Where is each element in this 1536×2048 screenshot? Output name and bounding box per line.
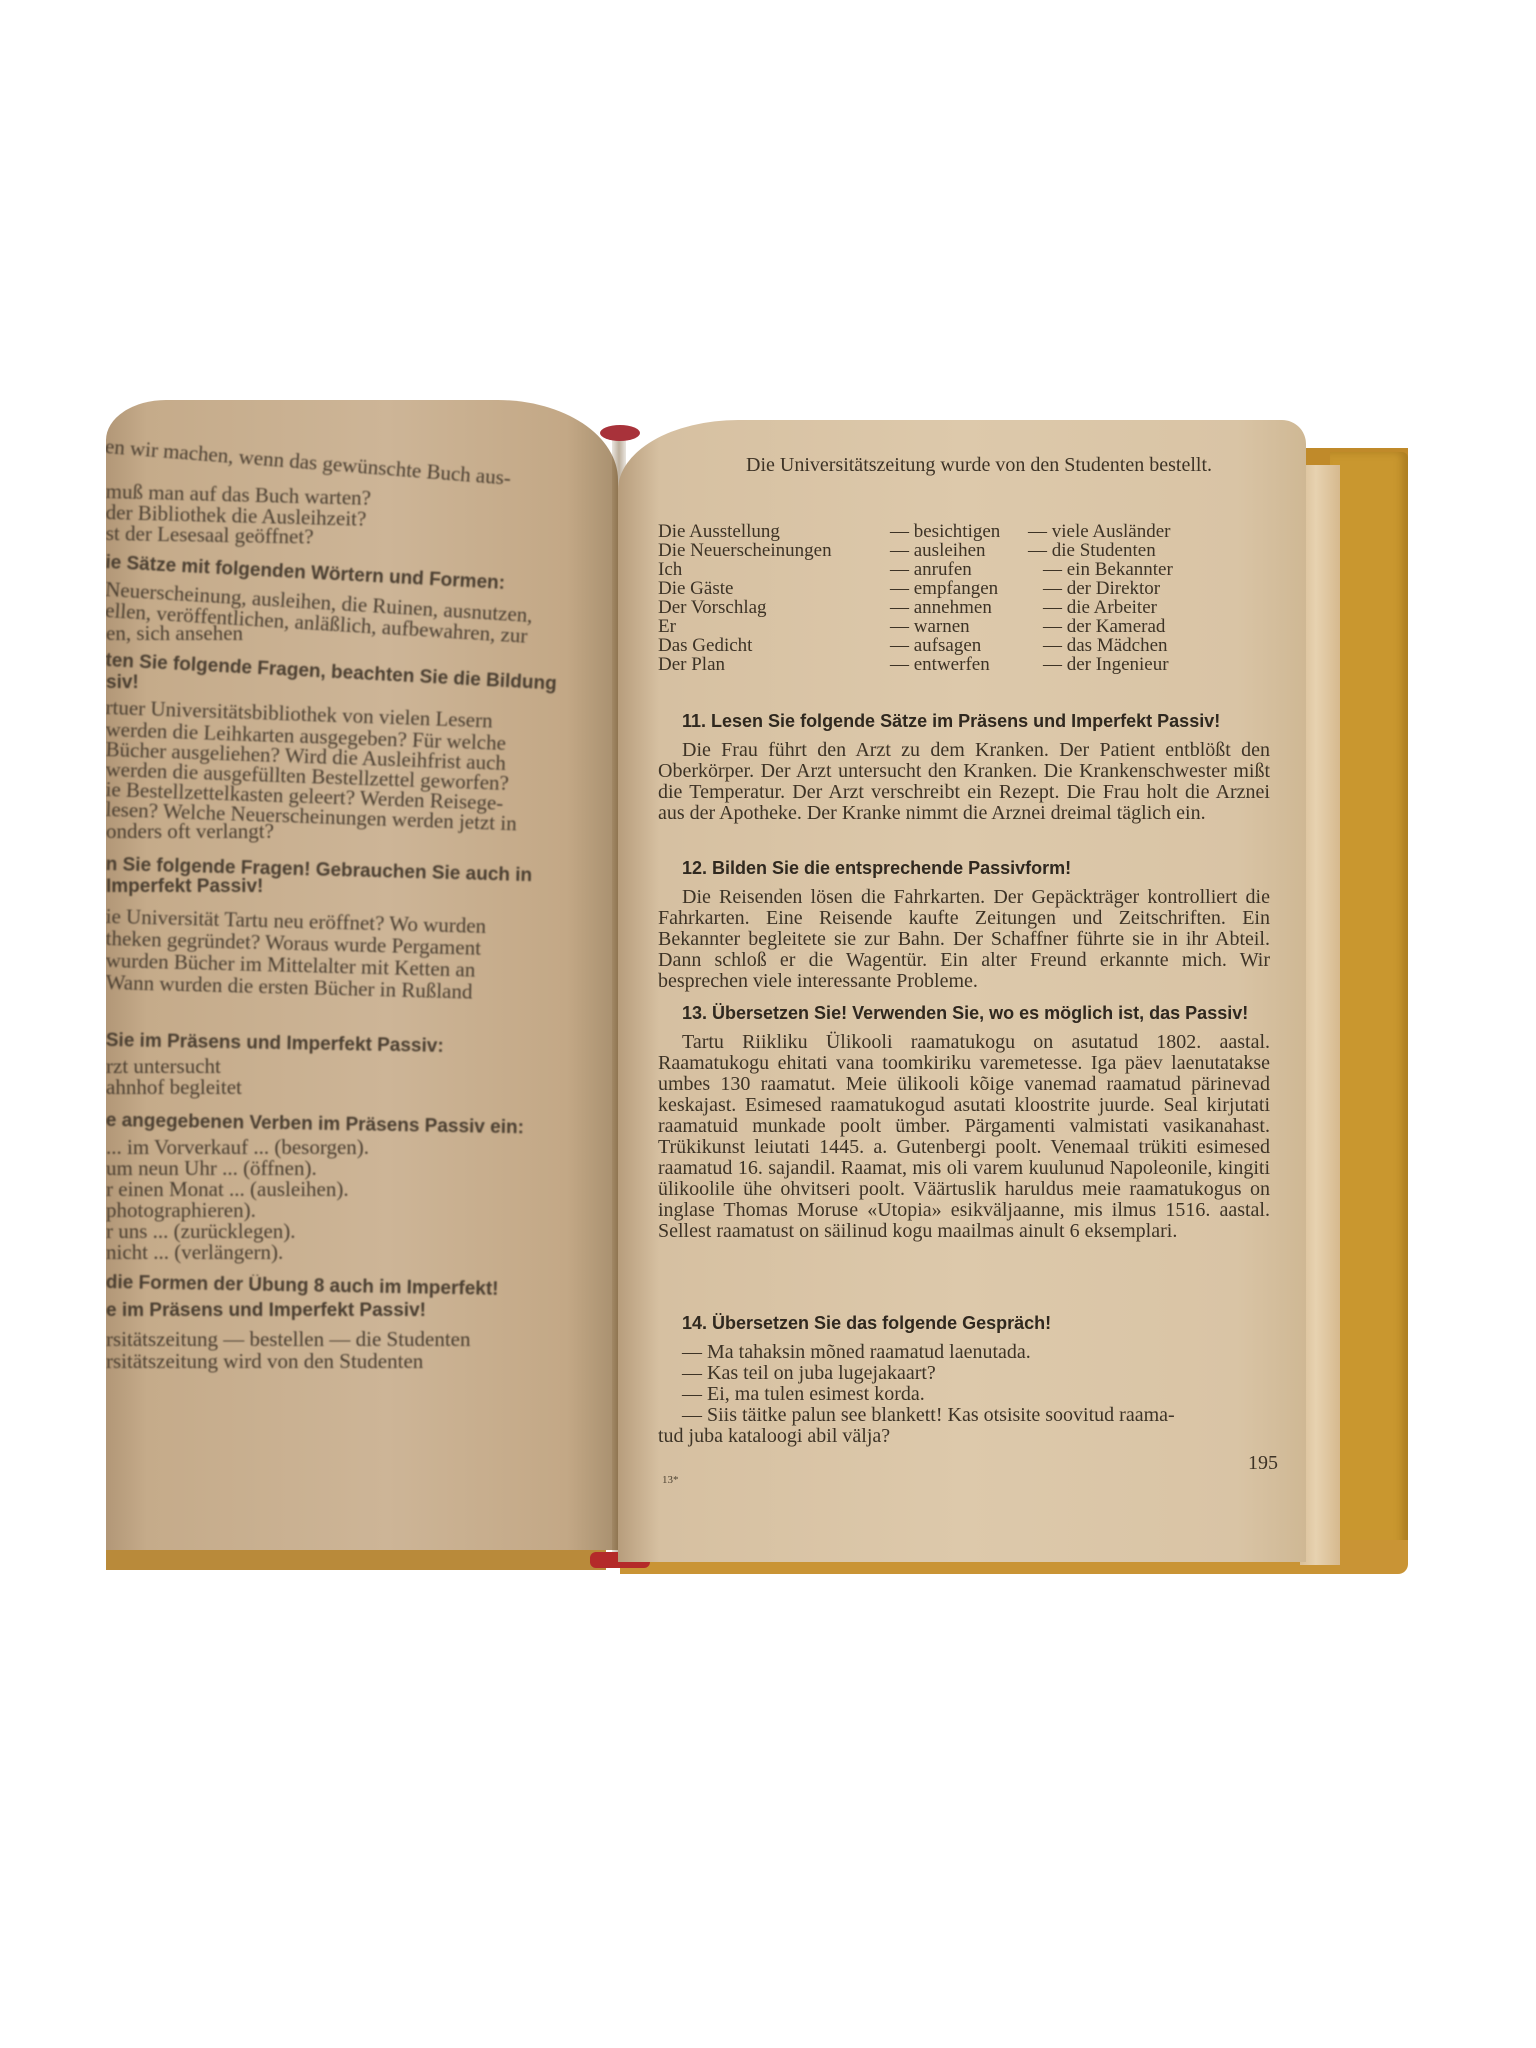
exercise-11-title: 11. Lesen Sie folgende Sätze im Präsens … xyxy=(658,710,1270,732)
pair-row: Die Neuerscheinungen — ausleihen — die S… xyxy=(658,541,1298,560)
left-exercise-heading: Imperfekt Passiv! xyxy=(106,876,618,898)
right-page: Die Universitätszeitung wurde von den St… xyxy=(618,420,1306,1562)
pair-row: Die Gäste — empfangen — der Direktor xyxy=(658,579,1298,598)
exercise-12-body: Die Reisenden lösen die Fahrkarten. Der … xyxy=(658,887,1270,992)
left-line: rzt untersucht xyxy=(106,1055,618,1077)
pair-subject: Er xyxy=(658,617,676,636)
pair-subject: Ich xyxy=(658,560,682,579)
pair-agent: — der Direktor xyxy=(1043,579,1160,598)
pair-agent: — die Arbeiter xyxy=(1043,598,1157,617)
exercise-11-body: Die Frau führt den Arzt zu dem Kranken. … xyxy=(658,740,1270,824)
example-sentence: Die Universitätszeitung wurde von den St… xyxy=(746,455,1306,475)
pair-verb: — ausleihen xyxy=(890,541,986,560)
pair-row: Der Vorschlag — annehmen — die Arbeiter xyxy=(658,598,1298,617)
pair-row: Das Gedicht — aufsagen — das Mädchen xyxy=(658,636,1298,655)
left-line: photographieren). xyxy=(106,1199,618,1221)
left-line: rsitätszeitung — bestellen — die Student… xyxy=(106,1328,618,1350)
pair-verb: — besichtigen xyxy=(890,522,1000,541)
page-number: 195 xyxy=(1248,1452,1278,1475)
pair-subject: Die Gäste xyxy=(658,579,733,598)
pair-agent: — viele Ausländer xyxy=(1028,522,1170,541)
exercise-12-title: 12. Bilden Sie die entsprechende Passivf… xyxy=(658,857,1270,879)
example-sentence-text: Die Universitätszeitung wurde von den St… xyxy=(746,455,1251,475)
dialog-line: — Ei, ma tulen esimest korda. xyxy=(658,1384,1270,1405)
pair-row: Der Plan — entwerfen — der Ingenieur xyxy=(658,655,1298,674)
left-line: ahnhof begleitet xyxy=(106,1076,618,1098)
pair-row: Er — warnen — der Kamerad xyxy=(658,617,1298,636)
pair-subject: Der Vorschlag xyxy=(658,598,767,617)
left-line: onders oft verlangt? xyxy=(106,820,618,842)
left-line: rsitätszeitung wird von den Studenten xyxy=(106,1350,618,1372)
pair-agent: — ein Bekannter xyxy=(1043,560,1173,579)
left-page: en wir machen, wenn das gewünschte Buch … xyxy=(106,400,618,1550)
pair-verb: — annehmen xyxy=(890,598,992,617)
spine-headband xyxy=(600,425,640,441)
open-book: en wir machen, wenn das gewünschte Buch … xyxy=(0,0,1536,2048)
left-line: en, sich ansehen xyxy=(106,622,618,644)
signature-mark: 13* xyxy=(662,1474,679,1486)
exercise-14-title: 14. Übersetzen Sie das folgende Gespräch… xyxy=(658,1312,1270,1334)
pair-agent: — das Mädchen xyxy=(1043,636,1168,655)
pair-agent: — der Kamerad xyxy=(1043,617,1165,636)
exercise-13: 13. Übersetzen Sie! Verwenden Sie, wo es… xyxy=(658,1002,1270,1242)
dialog-line: — Kas teil on juba lugejakaart? xyxy=(658,1363,1270,1384)
pair-agent: — der Ingenieur xyxy=(1043,655,1169,674)
pair-verb: — anrufen xyxy=(890,560,972,579)
pair-subject: Das Gedicht xyxy=(658,636,752,655)
exercise-13-title: 13. Übersetzen Sie! Verwenden Sie, wo es… xyxy=(658,1002,1270,1024)
pair-subject: Die Neuerscheinungen xyxy=(658,541,832,560)
dialog-line: — Siis täitke palun see blankett! Kas ot… xyxy=(658,1405,1270,1426)
left-line: r einen Monat ... (ausleihen). xyxy=(106,1178,618,1200)
pair-row: Ich — anrufen — ein Bekannter xyxy=(658,560,1298,579)
pair-subject: Der Plan xyxy=(658,655,725,674)
exercise-13-body: Tartu Riikliku Ülikooli raamatukogu on a… xyxy=(658,1032,1270,1242)
verb-pairs-table: Die Ausstellung — besichtigen — viele Au… xyxy=(658,522,1298,674)
dialog-line: tud juba kataloogi abil välja? xyxy=(658,1426,1270,1447)
pair-verb: — aufsagen xyxy=(890,636,981,655)
pair-verb: — warnen xyxy=(890,617,970,636)
left-exercise-heading: siv! xyxy=(106,672,618,694)
pair-subject: Die Ausstellung xyxy=(658,522,780,541)
exercise-11: 11. Lesen Sie folgende Sätze im Präsens … xyxy=(658,710,1270,824)
book-cover-right xyxy=(1330,452,1408,1572)
pair-verb: — entwerfen xyxy=(890,655,990,674)
exercise-14: 14. Übersetzen Sie das folgende Gespräch… xyxy=(658,1312,1270,1447)
left-line: ... im Vorverkauf ... (besorgen). xyxy=(106,1136,618,1158)
left-line: r uns ... (zurücklegen). xyxy=(106,1220,618,1242)
book-cover-bottom-left xyxy=(106,1548,606,1570)
left-exercise-heading: die Formen der Übung 8 auch im Imperfekt… xyxy=(106,1272,618,1303)
dialog-line: — Ma tahaksin mõned raamatud laenutada. xyxy=(658,1342,1270,1363)
pair-verb: — empfangen xyxy=(890,579,998,598)
pair-agent: — die Studenten xyxy=(1028,541,1156,560)
left-line: um neun Uhr ... (öffnen). xyxy=(106,1157,618,1179)
left-exercise-heading: e im Präsens und Imperfekt Passiv! xyxy=(106,1300,618,1322)
page-stack-edge xyxy=(1300,465,1340,1565)
left-line: nicht ... (verlängern). xyxy=(106,1241,618,1263)
pair-row: Die Ausstellung — besichtigen — viele Au… xyxy=(658,522,1298,541)
exercise-12: 12. Bilden Sie die entsprechende Passivf… xyxy=(658,857,1270,992)
